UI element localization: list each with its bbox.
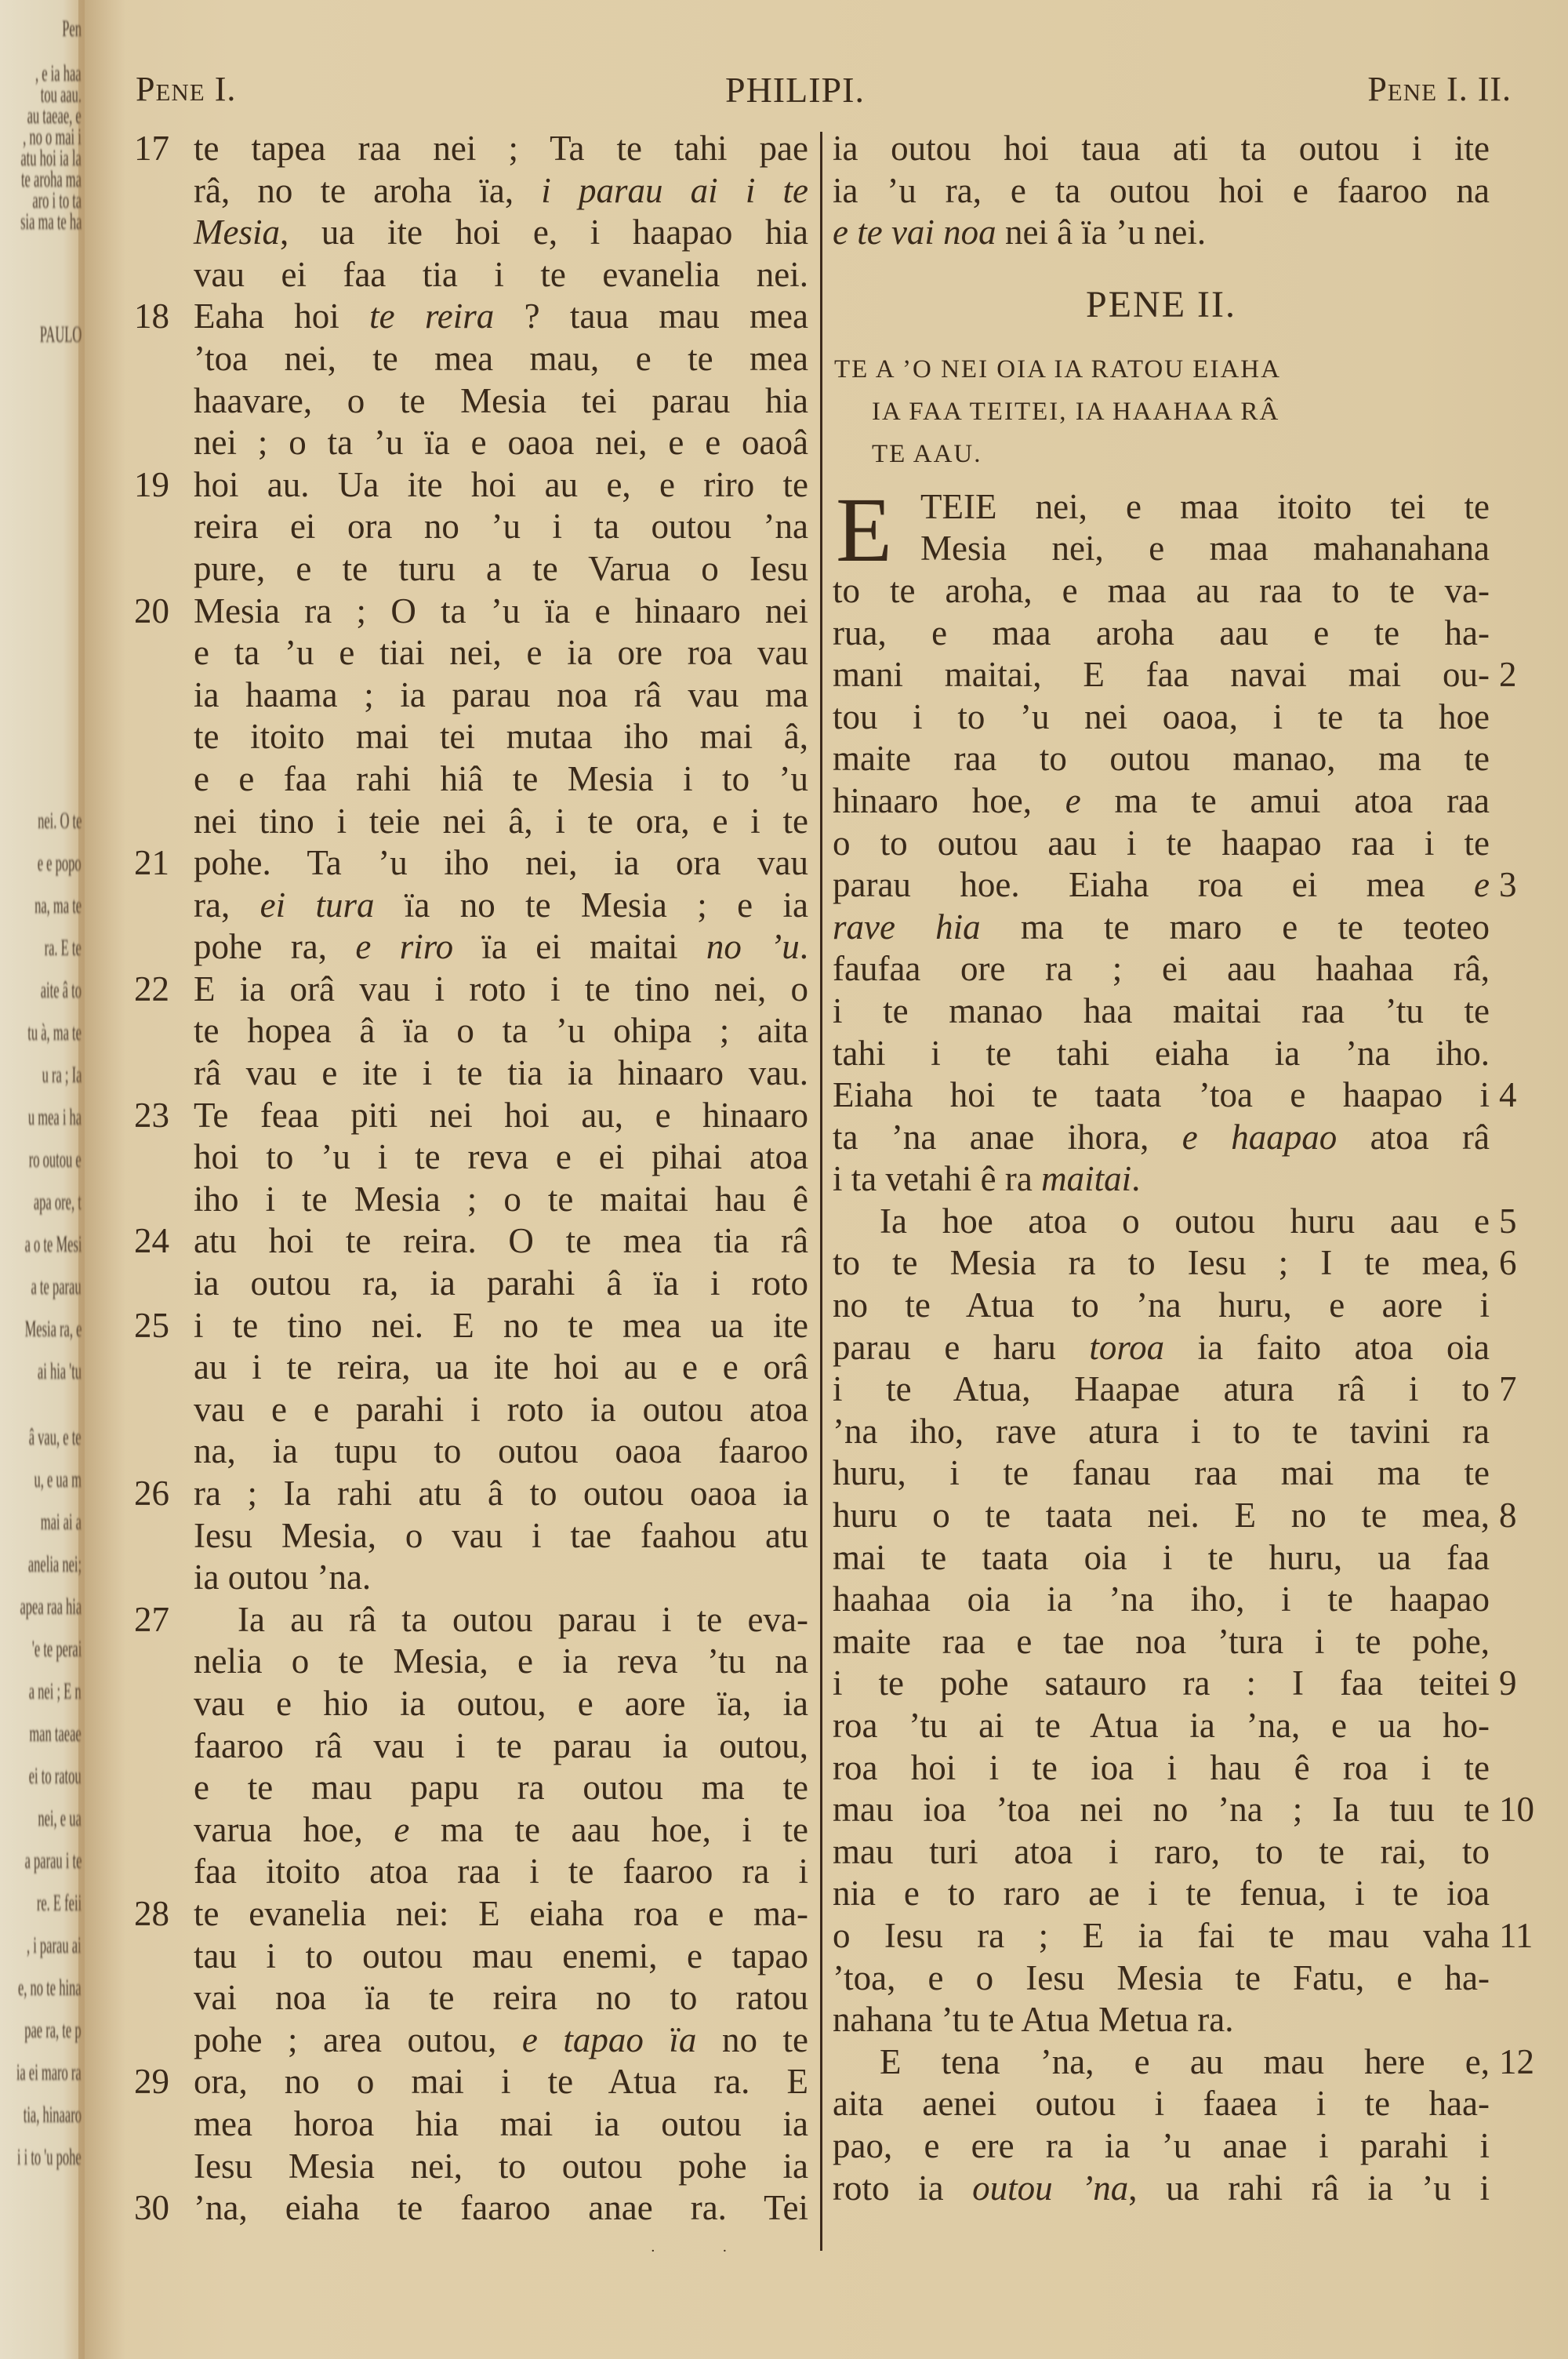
facing-page-text: a o te Mesi [24, 1231, 82, 1258]
verse-text: pohe. Ta ’u iho nei, ia ora vau [194, 842, 808, 885]
verse-text: Mesia nei, e maa mahanahana [920, 528, 1490, 570]
verse-text: vau e hio ia outou, e aore ïa, ia [194, 1683, 808, 1725]
print-specks: · · [651, 2243, 758, 2259]
text-line: nia e to raro ae i te fenua, i te ioa [833, 1873, 1490, 1915]
text-line: ia outou hoi taua ati ta outou i ite [833, 128, 1490, 170]
text-line: hoi to ’u i te reva e ei pihai atoa [136, 1136, 808, 1179]
facing-page-text: â vau, e te [29, 1424, 82, 1451]
verse-text: o Iesu ra ; E ia fai te mau vaha [833, 1915, 1490, 1957]
summary-line: TE AAU. [833, 433, 1490, 475]
text-line: to te aroha, e maa au raa to te va- [833, 570, 1490, 612]
text-line: na, ia tupu to outou oaoa faaroo [136, 1430, 808, 1473]
text-line: 23Te feaa piti nei hoi au, e hinaaro [136, 1095, 808, 1137]
facing-page-text: 'e te perai [32, 1636, 82, 1663]
verse-text: ia outou hoi taua ati ta outou i ite [833, 128, 1490, 170]
verse-text: e te mau papu ra outou ma te [194, 1767, 808, 1809]
verse-number: 7 [1499, 1369, 1517, 1411]
verse-text: na, ia tupu to outou oaoa faaroo [194, 1430, 808, 1473]
verse-text: haavare, o te Mesia tei parau hia [194, 380, 808, 423]
text-line: pohe ra, e riro ïa ei maitai no ’u. [136, 926, 808, 969]
text-line: hinaaro hoe, e ma te amui atoa raa [833, 780, 1490, 823]
verse-number: 2 [1499, 654, 1517, 696]
text-line: pao, e ere ra ia ’u anae i parahi i [833, 2125, 1490, 2168]
verse-text: TEIE nei, e maa itoito tei te [920, 486, 1490, 529]
text-line: tou i to ’u nei oaoa, i te ta hoe [833, 696, 1490, 739]
header-chapter-right: Pene I. II. [1367, 69, 1512, 109]
facing-page-text: pae ra, te p [25, 2017, 82, 2044]
verse-text: tou i to ’u nei oaoa, i te ta hoe [833, 696, 1490, 739]
verse-text: i te pohe satauro ra : I faa teitei [833, 1663, 1490, 1705]
facing-page-text: man taeae [30, 1721, 82, 1747]
text-line: 18Eaha hoi te reira ? taua mau mea [136, 296, 808, 338]
text-line: faufaa ore ra ; ei aau haahaa râ, [833, 948, 1490, 990]
verse-text: parau e haru toroa ia faito atoa oia [833, 1327, 1490, 1369]
text-line: Ia hoe atoa o outou huru aau e5 [833, 1201, 1490, 1243]
text-line: to te Mesia ra to Iesu ; I te mea,6 [833, 1242, 1490, 1285]
verse-number: 10 [1499, 1789, 1534, 1831]
facing-page-text: , i parau ai [27, 1932, 82, 1959]
left-column: 17te tapea raa nei ; Ta te tahi paerâ, n… [136, 128, 808, 2230]
running-header: Pene I. PHILIPI. Pene I. II. [0, 69, 1568, 116]
verse-number: 22 [134, 969, 187, 1011]
text-line: 29ora, no o mai i te Atua ra. E [136, 2061, 808, 2103]
verse-text: pure, e te turu a te Varua o Iesu [194, 548, 808, 591]
book-page: Pen, e ia haatou aau.au taeae, e, no o m… [0, 0, 1568, 2359]
verse-text: maite raa to outou manao, ma te [833, 738, 1490, 780]
facing-page-text: e, no te hina [18, 1975, 82, 2001]
verse-number: 23 [134, 1095, 187, 1137]
verse-text: ’na, eiaha te faaroo anae ra. Tei [194, 2187, 808, 2230]
text-line: ta ’na anae ihora, e haapao atoa râ [833, 1117, 1490, 1159]
verse-text: pohe ra, e riro ïa ei maitai no ’u. [194, 926, 808, 969]
text-line: 21pohe. Ta ’u iho nei, ia ora vau [136, 842, 808, 885]
verse-text: ora, no o mai i te Atua ra. E [194, 2061, 808, 2103]
text-line: mani maitai, E faa navai mai ou-2 [833, 654, 1490, 696]
verse-number: 17 [134, 128, 187, 170]
verse-text: huru, i te fanau raa mai ma te [833, 1452, 1490, 1495]
verse-text: roa hoi i te ioa i hau ê roa i te [833, 1747, 1490, 1790]
facing-page-heading: PAULO [40, 322, 82, 348]
text-line: nei tino i teie nei â, i te ora, e i te [136, 801, 808, 843]
verse-number: 5 [1499, 1201, 1517, 1243]
text-line: 19hoi au. Ua ite hoi au e, e riro te [136, 464, 808, 507]
verse-text: Mesia ra ; O ta ’u ïa e hinaaro nei [194, 591, 808, 633]
verse-text: huru o te taata nei. E no te mea, [833, 1495, 1490, 1537]
facing-page-text: a te parau [31, 1274, 82, 1300]
text-line: varua hoe, e ma te aau hoe, i te [136, 1809, 808, 1852]
verse-text: te evanelia nei: E eiaha roa e ma- [194, 1893, 808, 1936]
text-line: 25i te tino nei. E no te mea ua ite [136, 1305, 808, 1347]
text-line: tau i to outou mau enemi, e tapao [136, 1936, 808, 1978]
text-line: au i te reira, ua ite hoi au e e orâ [136, 1347, 808, 1389]
text-line: 20Mesia ra ; O ta ’u ïa e hinaaro nei [136, 591, 808, 633]
facing-page-text: nei. O te [38, 808, 82, 834]
text-line: mai te taata oia i te huru, ua faa [833, 1537, 1490, 1579]
text-line: pohe ; area outou, e tapao ïa no te [136, 2019, 808, 2062]
text-line: nei ; o ta ’u ïa e oaoa nei, e e oaoâ [136, 422, 808, 464]
text-line: vai noa ïa te reira no to ratou [136, 1977, 808, 2019]
header-chapter-left: Pene I. [136, 69, 236, 109]
summary-line: IA FAA TEITEI, IA HAAHAA RÂ [833, 391, 1490, 433]
facing-page-text: aite â to [41, 977, 82, 1004]
text-line: ’na iho, rave atura i to te tavini ra [833, 1411, 1490, 1453]
verse-text: ra ; Ia rahi atu â to outou oaoa ia [194, 1473, 808, 1515]
text-line: e te mau papu ra outou ma te [136, 1767, 808, 1809]
verse-text: faufaa ore ra ; ei aau haahaa râ, [833, 948, 1490, 990]
facing-page-text: apa ore, t [34, 1189, 82, 1216]
verse-text: rave hia ma te maro e te teoteo [833, 907, 1490, 949]
verse-text: hoi au. Ua ite hoi au e, e riro te [194, 464, 808, 507]
text-line: faaroo râ vau i te parau ia outou, [136, 1725, 808, 1768]
text-line: huru o te taata nei. E no te mea,8 [833, 1495, 1490, 1537]
text-line: vau e hio ia outou, e aore ïa, ia [136, 1683, 808, 1725]
text-line: te hopea â ïa o ta ’u ohipa ; aita [136, 1010, 808, 1052]
verse-number: 30 [134, 2187, 187, 2230]
verse-text: to te Mesia ra to Iesu ; I te mea, [833, 1242, 1490, 1285]
text-line: nelia o te Mesia, e ia reva ’tu na [136, 1641, 808, 1683]
verse-text: mau ioa ’toa nei no ’na ; Ia tuu te [833, 1789, 1490, 1831]
text-line: vau ei faa tia i te evanelia nei. [136, 254, 808, 296]
text-line: Mesia nei, e maa mahanahana [833, 528, 1490, 570]
verse-number: 9 [1499, 1663, 1517, 1705]
facing-page-text: na, ma te [34, 892, 82, 919]
text-line: 28te evanelia nei: E eiaha roa e ma- [136, 1893, 808, 1936]
text-line: mea horoa hia mai ia outou ia [136, 2103, 808, 2146]
chapter-summary: TE A ’O NEI OIA IA RATOU EIAHA IA FAA TE… [833, 348, 1490, 475]
verse-text: parau hoe. Eiaha roa ei mea e [833, 864, 1490, 907]
verse-text: maite raa e tae noa ’tura i te pohe, [833, 1621, 1490, 1663]
text-line: ia haama ; ia parau noa râ vau ma [136, 674, 808, 717]
text-line: i te Atua, Haapae atura râ i to7 [833, 1369, 1490, 1411]
facing-page-text: a nei ; E n [29, 1678, 82, 1705]
verse-text: iho i te Mesia ; o te maitai hau ê [194, 1179, 808, 1221]
text-line: 17te tapea raa nei ; Ta te tahi pae [136, 128, 808, 170]
verse-text: no te Atua to ’na huru, e aore i [833, 1285, 1490, 1327]
facing-page-text: ia ei maro ra [16, 2059, 82, 2086]
text-line: e e faa rahi hiâ te Mesia i to ’u [136, 758, 808, 801]
verse-text: te tapea raa nei ; Ta te tahi pae [194, 128, 808, 170]
verse-text: Iesu Mesia, o vau i tae faahou atu [194, 1515, 808, 1558]
text-line: mau turi atoa i raro, to te rai, to [833, 1831, 1490, 1874]
verse-number: 24 [134, 1220, 187, 1263]
facing-page-text: u, e ua m [34, 1467, 82, 1493]
text-line: Iesu Mesia, o vau i tae faahou atu [136, 1515, 808, 1558]
facing-page-text: ei to ratou [29, 1763, 82, 1790]
column-divider [820, 132, 822, 2251]
verse-text: aita aenei outou i faaea i te haa- [833, 2083, 1490, 2125]
verse-text: ia haama ; ia parau noa râ vau ma [194, 674, 808, 717]
verse-text: ’toa, e o Iesu Mesia te Fatu, e ha- [833, 1957, 1490, 2000]
verse-text: pao, e ere ra ia ’u anae i parahi i [833, 2125, 1490, 2168]
verse-text: i te manao haa maitai raa ’tu te [833, 990, 1490, 1033]
verse-number: 21 [134, 842, 187, 885]
text-line: vau e e parahi i roto ia outou atoa [136, 1389, 808, 1431]
verse-text: E tena ’na, e au mau here e, [880, 2041, 1490, 2084]
verse-text: pohe ; area outou, e tapao ïa no te [194, 2019, 808, 2062]
page-gutter-shadow [78, 0, 125, 2359]
text-line: rave hia ma te maro e te teoteo [833, 907, 1490, 949]
text-line: i te manao haa maitai raa ’tu te [833, 990, 1490, 1033]
verse-text: roto ia outou ’na, ua rahi râ ia ’u i [833, 2168, 1490, 2210]
text-line: parau e haru toroa ia faito atoa oia [833, 1327, 1490, 1369]
text-line: 26ra ; Ia rahi atu â to outou oaoa ia [136, 1473, 808, 1515]
verse-text: nahana ’tu te Atua Metua ra. [833, 1999, 1490, 2041]
text-line: aita aenei outou i faaea i te haa- [833, 2083, 1490, 2125]
summary-line: TE A ’O NEI OIA IA RATOU EIAHA [833, 348, 1490, 391]
text-line: roto ia outou ’na, ua rahi râ ia ’u i [833, 2168, 1490, 2210]
verse-number: 26 [134, 1473, 187, 1515]
verse-number: 6 [1499, 1242, 1517, 1285]
verse-text: râ vau e ite i te tia ia hinaaro vau. [194, 1052, 808, 1095]
verse-number: 18 [134, 296, 187, 338]
verse-text: haahaa oia ia ’na iho, i te haapao [833, 1579, 1490, 1621]
verse-text: faaroo râ vau i te parau ia outou, [194, 1725, 808, 1768]
verse-number: 20 [134, 591, 187, 633]
verse-text: reira ei ora no ’u i ta outou ’na [194, 506, 808, 548]
text-line: pure, e te turu a te Varua o Iesu [136, 548, 808, 591]
verse-number: 19 [134, 464, 187, 507]
verse-text: ia outou ra, ia parahi â ïa i roto [194, 1263, 808, 1305]
text-line: ’toa, e o Iesu Mesia te Fatu, e ha- [833, 1957, 1490, 2000]
text-line: E tena ’na, e au mau here e,12 [833, 2041, 1490, 2084]
verse-number: 11 [1499, 1915, 1533, 1957]
text-line: ia outou ra, ia parahi â ïa i roto [136, 1263, 808, 1305]
verse-number: 4 [1499, 1074, 1517, 1117]
text-line: râ, no te aroha ïa, i parau ai i te [136, 170, 808, 213]
text-line: i ta vetahi ê ra maitai. [833, 1158, 1490, 1201]
text-line: roa hoi i te ioa i hau ê roa i te [833, 1747, 1490, 1790]
text-line: iho i te Mesia ; o te maitai hau ê [136, 1179, 808, 1221]
facing-page-text: ra. E te [45, 935, 82, 961]
right-column-body: TEIE nei, e maa itoito tei teMesia nei, … [833, 486, 1490, 2209]
verse-number: 12 [1499, 2041, 1534, 2084]
verse-text: i te Atua, Haapae atura râ i to [833, 1369, 1490, 1411]
text-line: 30’na, eiaha te faaroo anae ra. Tei [136, 2187, 808, 2230]
verse-number: 29 [134, 2061, 187, 2103]
text-line: faa itoito atoa raa i te faaroo ra i [136, 1851, 808, 1893]
text-line: o Iesu ra ; E ia fai te mau vaha11 [833, 1915, 1490, 1957]
verse-text: mani maitai, E faa navai mai ou- [833, 654, 1490, 696]
verse-text: i ta vetahi ê ra maitai. [833, 1158, 1490, 1201]
text-line: ia ’u ra, e ta outou hoi e faaroo na [833, 170, 1490, 213]
text-line: parau hoe. Eiaha roa ei mea e3 [833, 864, 1490, 907]
text-line: 22E ia orâ vau i roto i te tino nei, o [136, 969, 808, 1011]
text-line: mau ioa ’toa nei no ’na ; Ia tuu te10 [833, 1789, 1490, 1831]
verse-text: E ia orâ vau i roto i te tino nei, o [194, 969, 808, 1011]
text-line: o to outou aau i te haapao raa i te [833, 823, 1490, 865]
text-line: roa ’tu ai te Atua ia ’na, e ua ho- [833, 1705, 1490, 1747]
text-line: 24atu hoi te reira. O te mea tia râ [136, 1220, 808, 1263]
verse-text: tahi i te tahi eiaha ia ’na iho. [833, 1033, 1490, 1075]
verse-text: te itoito mai tei mutaa iho mai â, [194, 716, 808, 758]
text-line: haavare, o te Mesia tei parau hia [136, 380, 808, 423]
verse-text: Eiaha hoi te taata ’toa e haapao i [833, 1074, 1490, 1117]
facing-page-text: sia ma te ha [20, 209, 82, 235]
facing-page-text: mai ai a [41, 1509, 82, 1536]
header-book-title: PHILIPI. [725, 69, 865, 111]
verse-text: ia ’u ra, e ta outou hoi e faaroo na [833, 170, 1490, 213]
spacer [833, 475, 1490, 486]
verse-text: mai te taata oia i te huru, ua faa [833, 1537, 1490, 1579]
verse-text: to te aroha, e maa au raa to te va- [833, 570, 1490, 612]
verse-text: vai noa ïa te reira no to ratou [194, 1977, 808, 2019]
verse-text: Eaha hoi te reira ? taua mau mea [194, 296, 808, 338]
verse-text: Ia au râ ta outou parau i te eva- [238, 1599, 808, 1641]
text-line: Mesia, ua ite hoi e, i haapao hia [136, 212, 808, 254]
facing-page-text: anelia nei; [28, 1551, 82, 1578]
right-column-continuation: ia outou hoi taua ati ta outou i iteia ’… [833, 128, 1490, 254]
facing-page-text: ro outou e [29, 1147, 82, 1173]
verse-text: ’na iho, rave atura i to te tavini ra [833, 1411, 1490, 1453]
chapter-body: E TEIE nei, e maa itoito tei teMesia nei… [833, 486, 1490, 2209]
facing-page-text: a parau i te [24, 1848, 82, 1874]
text-line: tahi i te tahi eiaha ia ’na iho. [833, 1033, 1490, 1075]
verse-text: e te vai noa nei â ïa ’u nei. [833, 212, 1490, 254]
verse-number: 3 [1499, 864, 1517, 907]
verse-text: roa ’tu ai te Atua ia ’na, e ua ho- [833, 1705, 1490, 1747]
text-line: ia outou ’na. [136, 1557, 808, 1599]
verse-text: nia e to raro ae i te fenua, i te ioa [833, 1873, 1490, 1915]
verse-text: te hopea â ïa o ta ’u ohipa ; aita [194, 1010, 808, 1052]
text-line: maite raa e tae noa ’tura i te pohe, [833, 1621, 1490, 1663]
text-line: râ vau e ite i te tia ia hinaaro vau. [136, 1052, 808, 1095]
verse-text: i te tino nei. E no te mea ua ite [194, 1305, 808, 1347]
text-line: Iesu Mesia nei, to outou pohe ia [136, 2146, 808, 2188]
verse-text: ra, ei tura ïa no te Mesia ; e ia [194, 885, 808, 927]
chapter-title: PENE II. [833, 273, 1490, 337]
text-line: reira ei ora no ’u i ta outou ’na [136, 506, 808, 548]
text-line: ’toa nei, te mea mau, e te mea [136, 338, 808, 380]
right-column: ia outou hoi taua ati ta outou i iteia ’… [833, 128, 1490, 2209]
verse-text: o to outou aau i te haapao raa i te [833, 823, 1490, 865]
facing-page-text: nei, e ua [38, 1805, 82, 1832]
text-line: 27Ia au râ ta outou parau i te eva- [136, 1599, 808, 1641]
verse-text: hoi to ’u i te reva e ei pihai atoa [194, 1136, 808, 1179]
facing-page-text: e e popo [38, 850, 82, 877]
verse-text: Iesu Mesia nei, to outou pohe ia [194, 2146, 808, 2188]
text-line: i te pohe satauro ra : I faa teitei9 [833, 1663, 1490, 1705]
facing-page-text: u mea i ha [28, 1104, 82, 1131]
verse-text: nei ; o ta ’u ïa e oaoa nei, e e oaoâ [194, 422, 808, 464]
text-line: haahaa oia ia ’na iho, i te haapao [833, 1579, 1490, 1621]
verse-number: 28 [134, 1893, 187, 1936]
text-line: maite raa to outou manao, ma te [833, 738, 1490, 780]
verse-text: râ, no te aroha ïa, i parau ai i te [194, 170, 808, 213]
facing-page-text: re. E feii [37, 1890, 82, 1917]
verse-text: tau i to outou mau enemi, e tapao [194, 1936, 808, 1978]
facing-page-text: i i to 'u pohe [17, 2144, 82, 2171]
text-line: te itoito mai tei mutaa iho mai â, [136, 716, 808, 758]
verse-text: Te feaa piti nei hoi au, e hinaaro [194, 1095, 808, 1137]
verse-number: 27 [134, 1599, 187, 1641]
facing-page-text: Mesia ra, e [24, 1316, 82, 1343]
text-line: nahana ’tu te Atua Metua ra. [833, 1999, 1490, 2041]
verse-text: Ia hoe atoa o outou huru aau e [880, 1201, 1490, 1243]
facing-page-text: ai hia 'tu [38, 1358, 82, 1385]
verse-number: 8 [1499, 1495, 1517, 1537]
verse-text: nei tino i teie nei â, i te ora, e i te [194, 801, 808, 843]
text-line: e ta ’u e tiai nei, e ia ore roa vau [136, 632, 808, 674]
facing-page-text: tia, hinaaro [24, 2102, 82, 2128]
text-line: ra, ei tura ïa no te Mesia ; e ia [136, 885, 808, 927]
verse-text: vau ei faa tia i te evanelia nei. [194, 254, 808, 296]
facing-page-edge: Pen, e ia haatou aau.au taeae, e, no o m… [0, 0, 85, 2359]
text-line: Eiaha hoi te taata ’toa e haapao i4 [833, 1074, 1490, 1117]
facing-page-text: u ra ; Ia [42, 1062, 82, 1089]
verse-text: au i te reira, ua ite hoi au e e orâ [194, 1347, 808, 1389]
verse-text: e e faa rahi hiâ te Mesia i to ’u [194, 758, 808, 801]
verse-text: hinaaro hoe, e ma te amui atoa raa [833, 780, 1490, 823]
verse-text: atu hoi te reira. O te mea tia râ [194, 1220, 808, 1263]
text-line: no te Atua to ’na huru, e aore i [833, 1285, 1490, 1327]
verse-text: ’toa nei, te mea mau, e te mea [194, 338, 808, 380]
verse-text: vau e e parahi i roto ia outou atoa [194, 1389, 808, 1431]
verse-text: mau turi atoa i raro, to te rai, to [833, 1831, 1490, 1874]
text-line: huru, i te fanau raa mai ma te [833, 1452, 1490, 1495]
verse-text: nelia o te Mesia, e ia reva ’tu na [194, 1641, 808, 1683]
text-line: e te vai noa nei â ïa ’u nei. [833, 212, 1490, 254]
text-line: TEIE nei, e maa itoito tei te [833, 486, 1490, 529]
spacer [833, 337, 1490, 348]
verse-text: ia outou ’na. [194, 1557, 808, 1599]
facing-page-text: tu à, ma te [27, 1020, 82, 1046]
verse-text: varua hoe, e ma te aau hoe, i te [194, 1809, 808, 1852]
text-line: rua, e maa aroha aau e te ha- [833, 612, 1490, 655]
facing-page-text: apea raa hia [20, 1594, 82, 1620]
spacer [833, 254, 1490, 273]
verse-text: Mesia, ua ite hoi e, i haapao hia [194, 212, 808, 254]
verse-text: e ta ’u e tiai nei, e ia ore roa vau [194, 632, 808, 674]
verse-text: rua, e maa aroha aau e te ha- [833, 612, 1490, 655]
verse-text: ta ’na anae ihora, e haapao atoa râ [833, 1117, 1490, 1159]
verse-text: mea horoa hia mai ia outou ia [194, 2103, 808, 2146]
verse-number: 25 [134, 1305, 187, 1347]
verse-text: faa itoito atoa raa i te faaroo ra i [194, 1851, 808, 1893]
